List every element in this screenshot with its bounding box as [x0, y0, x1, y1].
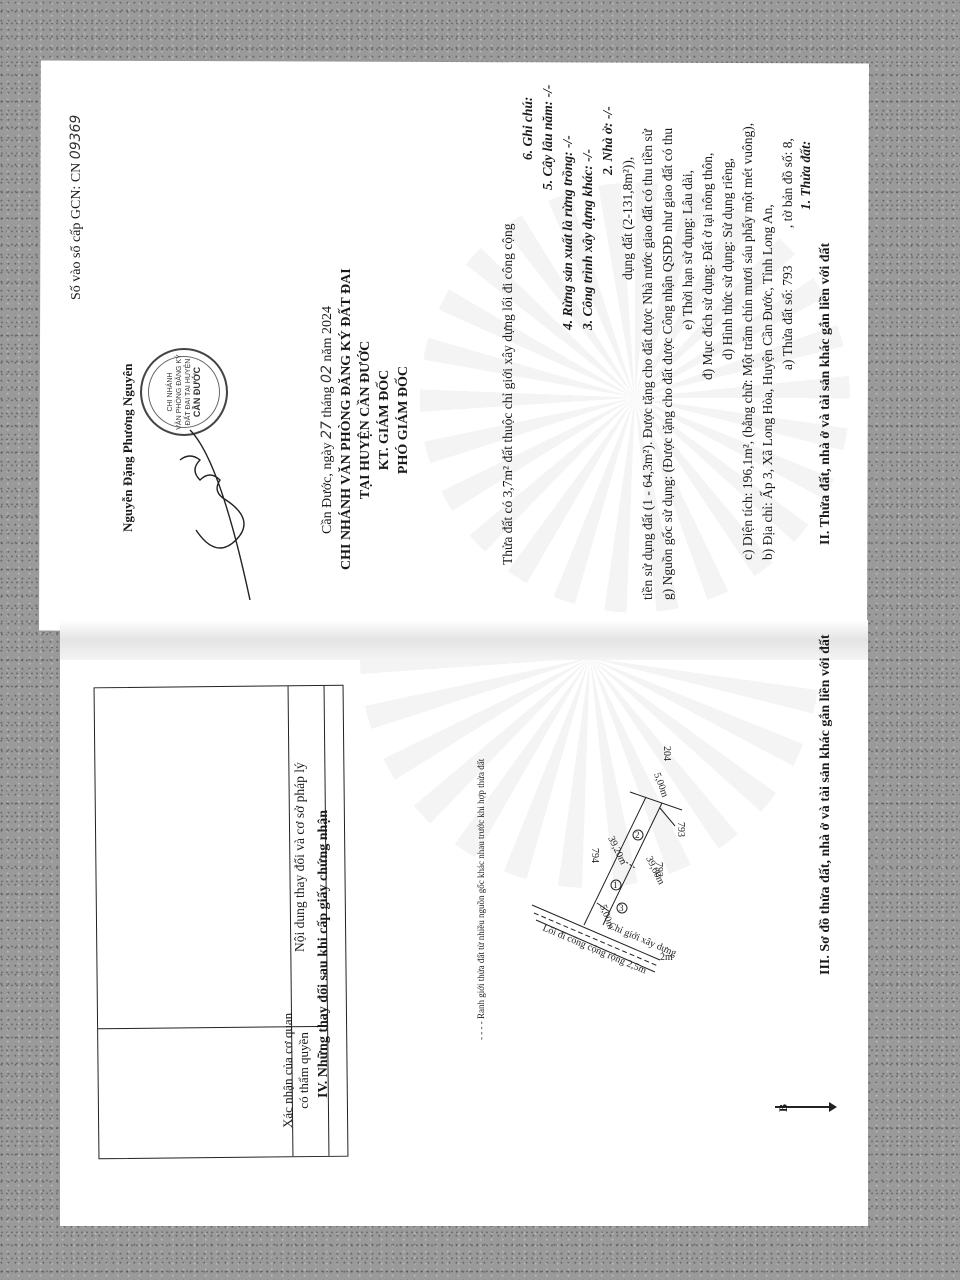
usage-purpose: đ) Mục đích sử dụng: Đất ở tại nông thôn…: [698, 153, 718, 380]
other-construction: 3. Công trình xây dựng khác: -/-: [578, 149, 598, 330]
column-header-content: Nội dung thay đổi và cơ sở pháp lý: [292, 762, 308, 952]
notes-heading: 6. Ghi chú:: [518, 97, 538, 160]
signer-role-1: KT. GIÁM ĐỐC: [375, 270, 394, 570]
zone-2-label: 2: [635, 830, 640, 840]
house: 2. Nhà ở: -/-: [598, 106, 618, 175]
origin-line-2: tiền sử dụng đất (1 - 64,3m²). Được tặng…: [638, 129, 658, 600]
section-iii-title: III. Sơ đồ thửa đất, nhà ở và tài sản kh…: [816, 634, 836, 975]
signer-role-2: PHÓ GIÁM ĐỐC: [394, 270, 413, 570]
registry-label: Số vào sổ cấp GCN: CN: [69, 163, 84, 300]
neighbor-204: 204: [661, 746, 672, 761]
perennial-trees: 5. Cây lâu năm: -/-: [538, 85, 558, 190]
issue-year: năm 2024: [320, 306, 335, 362]
neighbor-793: 793: [675, 822, 686, 837]
parcel-number: a) Thửa đất số: 793 , tờ bản đồ số: 8,: [778, 138, 798, 370]
issuing-office: CHI NHÁNH VĂN PHÒNG ĐĂNG KÝ ĐẤT ĐAI: [337, 270, 356, 570]
parcel-number-text: a) Thửa đất số: 793: [780, 265, 795, 370]
section-ii-title: II. Thửa đất, nhà ở và tài sản khác gắn …: [816, 243, 836, 545]
month-label: tháng: [320, 386, 335, 417]
confirm-line-1: Xác nhận của cơ quan: [280, 1013, 296, 1128]
neighbor-794: 794: [589, 848, 600, 863]
zone-1-label: 1: [613, 880, 618, 890]
zone-3-label: 3: [619, 903, 624, 913]
map-sheet-text: , tờ bản đồ số: 8,: [780, 138, 795, 228]
issuing-office-district: TẠI HUYỆN CẦN ĐƯỚC: [356, 270, 375, 570]
legend: - - - - Ranh giới thửa đất từ nhiều nguồ…: [476, 759, 486, 1040]
column-header-confirmation: Xác nhận của cơ quan có thẩm quyền: [280, 1013, 312, 1128]
section-iv-title: IV. Những thay đổi sau khi cấp giấy chứn…: [316, 810, 332, 1098]
registry-number: Số vào sổ cấp GCN: CN 09369: [68, 115, 85, 300]
area: c) Diện tích: 196,1m², (bằng chữ: Một tr…: [738, 123, 758, 560]
confirm-line-2: có thẩm quyền: [296, 1013, 312, 1128]
parcel-diagram: 2 1 3 204 5,00m 793 792 794 39,20m 39,60…: [470, 730, 710, 990]
place-date-prefix: Cần Đước, ngày: [320, 442, 335, 534]
page-fold: [60, 620, 868, 660]
signature-scribble: [120, 390, 280, 620]
setback-width: 2m: [660, 952, 673, 963]
registry-value: 09369: [68, 115, 84, 160]
legend-text: Ranh giới thửa đất từ nhiều nguồn gốc kh…: [476, 759, 486, 1019]
notes: Thửa đất có 3,7m² đất thuộc chỉ giới xây…: [498, 223, 518, 565]
address: b) Địa chỉ: Ấp 3, Xã Long Hòa, Huyện Cần…: [758, 204, 778, 560]
origin-line-1: g) Nguồn gốc sử dụng: (Được tặng cho đất…: [658, 128, 678, 600]
place-date: Cần Đước, ngày 27 tháng 02 năm 2024: [318, 270, 337, 570]
origin-line-3: dụng đất (2-131,8m²)),: [618, 157, 638, 280]
legend-dash-icon: - - - -: [476, 1019, 486, 1040]
signature-block: Cần Đước, ngày 27 tháng 02 năm 2024 CHI …: [318, 270, 413, 570]
width-back-label: 5,00m: [651, 771, 670, 799]
usage-term: e) Thời hạn sử dụng: Lâu dài,: [678, 170, 698, 330]
land-heading: 1. Thửa đất:: [796, 141, 816, 210]
usage-form: d) Hình thức sử dụng: Sử dụng riêng,: [718, 158, 738, 360]
issue-day: 27: [319, 421, 335, 439]
north-label: B: [776, 1104, 791, 1112]
planted-forest: 4. Rừng sản xuất là rừng trồng: -/-: [558, 135, 578, 330]
signer-name: Nguyễn Đặng Phương Nguyên: [120, 363, 136, 532]
issue-month: 02: [319, 365, 335, 383]
